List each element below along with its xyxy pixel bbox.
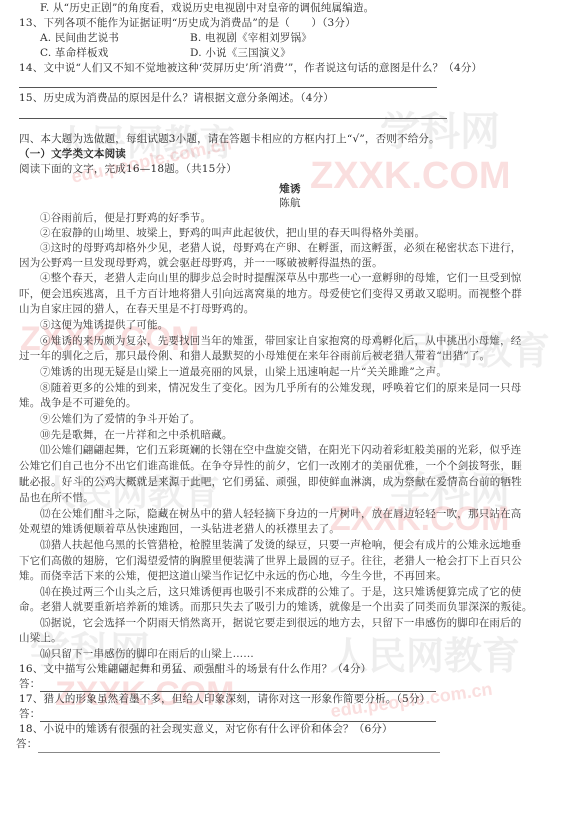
q14-stem: 14、文中说“人们又不知不觉地被这种‘荧屏历史’所‘消费’”，作者说这句话的意图…: [19, 61, 482, 75]
paragraph-line: 吓，便会迅疾逃离，且千方百计地将猎人引向远离窝巢的地方。母爱使它们变得又勇敢又聪…: [19, 287, 522, 301]
paragraph-line: 公雉它们自己也分不出它们谁高谁低。在争夺异性的前夕，它们一改刚才的美丽优雅，一个…: [19, 459, 522, 473]
q12-option-f: F. 从“历史正剧”的角度看，戏说历史电视剧中对皇帝的调侃纯属编造。: [40, 1, 374, 15]
watermark-xuekewang: 学科网: [380, 100, 500, 157]
paragraph-line: 过一年的驯化之后，那只最伶俐、和猎人最默契的小母雉便在来年谷雨前后被老猎人带着“…: [19, 349, 490, 363]
paragraph-line: 雉。战争是不可避免的。: [19, 396, 137, 410]
section4-instruction-text: 四、本大题为选做题，每组试题3小题，请在答题卡相应的方框内打上“√”，否则不给分…: [19, 133, 440, 145]
q13-stem: 13、下列各项不能作为证据证明“历史成为消费品”的是（ ）（3分）: [19, 16, 356, 30]
paragraph-line: 下它们高傲的翅膀，它们渴望爱情的胸膛里便装满了世界上最圆的豆子。往往，老猎人一枪…: [19, 554, 522, 568]
paragraph-line: ⑤这便为雉诱提供了可能。: [40, 318, 168, 332]
paragraph-line: ⒂据说，它会选择一个阴雨天悄然离开，据说它要走到很远的地方去，只留下一串感伤的脚…: [40, 616, 522, 630]
paragraph-line: ④整个春天，老猎人走向山里的脚步总会时时提醒深草丛中那些一心一意孵卵的母雉，它们…: [40, 271, 522, 285]
q18-answer-label: 答：: [16, 737, 37, 751]
paragraph-line: ⒁在换过两三个山头之后，这只雉诱便再也吸引不来成群的公雉了。于是，这只雉诱便算完…: [40, 585, 522, 599]
q15-stem: 15、历史成为消费品的原因是什么？请根据文意分条阐述。（4分）: [19, 91, 334, 105]
paragraph-line: 命。老猎人就要重新培养新的雉诱。而那只失去了吸引力的雉诱，就像是一个出卖了同类而…: [19, 600, 533, 614]
exam-page: ZXXK.COM 学科网 人民网教育 edu.people.com.cn 人民网…: [0, 0, 580, 821]
paragraph-line: ⑩先是歌舞，在一片祥和之中杀机暗藏。: [40, 428, 233, 442]
q15-answer-line[interactable]: [19, 118, 447, 119]
paragraph-line: 山梁上。: [19, 631, 62, 645]
story-author: 陈航: [270, 196, 310, 210]
paragraph-line: 处观望的雉诱便顺着草丛快速跑回，一头钻进老猎人的袄襟里去了。: [19, 522, 340, 536]
paragraph-line: 品也在所不惜。: [19, 491, 94, 505]
paragraph-line: 雉。而侥幸活下来的公雉，便把这道山梁当作记忆中永远的伤心地，今生今世，不再回来。: [19, 569, 447, 583]
paragraph-line: ②在寂静的山坳里、坡梁上，野鸡的叫声此起彼伏，把山里的春天叫得格外美丽。: [40, 226, 425, 240]
paragraph-line: 因为公野鸡一旦发现母野鸡，就会驱赶母野鸡，并一一啄破被孵得温热的蛋。: [19, 256, 383, 270]
paragraph-line: ⑾公雉们翩翩起舞，它们五彩斑斓的长翎在空中盘旋交错，在阳光下闪动着彩虹般美丽的光…: [40, 443, 522, 457]
section4-instruction: 四、本大题为选做题，每组试题3小题，请在答题卡相应的方框内打上“√”，否则不给分…: [19, 132, 440, 146]
q17-stem: 17、猎人的形象虽然着墨不多，但给人印象深刻，请你对这一形象作简要分析。（5分）: [19, 692, 430, 706]
paragraph-line: 眦必报。好斗的公鸡大概就是来源于此吧，它们勇猛、顽强，即使鲜血淋漓，成为祭献在爱…: [19, 475, 522, 489]
paragraph-line: ③这时的母野鸡却格外少见，老猎人说，母野鸡在产卵、在孵蛋，而这孵蛋，必须在秘密状…: [40, 241, 522, 255]
q13-option-d: D. 小说《三国演义》: [190, 46, 291, 60]
story-title: 雉诱: [270, 182, 310, 196]
paragraph-line: ⒀猎人扶起他乌黑的长管猎枪，枪膛里装满了发烫的绿豆，只要一声枪响，便会有成片的公…: [40, 538, 522, 552]
paragraph-line: ⑥雉诱的来历颇为复杂，先要找回当年的雉蛋，带回家让自家抱窝的母鸡孵化后，从中挑出…: [40, 334, 522, 348]
paragraph-line: ⑿在公雉们酣斗之际，隐藏在树丛中的猎人轻轻摘下身边的一片树叶，放在唇边轻轻一吹，…: [40, 507, 522, 521]
q18-stem: 18、小说中的雉诱有很强的社会现实意义，对它你有什么评价和体会？（6分）: [19, 722, 393, 736]
q17-answer-label: 答：: [19, 707, 40, 721]
watermark-zxxk: ZXXK.COM: [310, 155, 511, 198]
paragraph-line: ⑨公雉们为了爱情的争斗开始了。: [40, 412, 201, 426]
q13-option-b: B. 电视剧《宰相刘罗锅》: [190, 31, 312, 45]
reading-prompt: 阅读下面的文字，完成16—18题。（共15分）: [19, 162, 237, 176]
q13-option-a: A. 民间曲艺说书: [40, 31, 119, 45]
q16-stem: 16、文中描写公雉翩翩起舞和勇猛、顽强酣斗的场景有什么作用？（4分）: [19, 662, 371, 676]
paragraph-line: ⑧随着更多的公雉的到来，情况发生了变化。因为几乎所有的公雉发现，呼唤着它们的原来…: [40, 381, 522, 395]
paragraph-line: ⒃只留下一串感伤的脚印在雨后的山梁上……: [40, 647, 254, 661]
q14-answer-line[interactable]: [19, 87, 437, 88]
section4-subsection: （一）文学类文本阅读: [19, 147, 126, 161]
q13-option-c: C. 革命样板戏: [40, 46, 108, 60]
q16-answer-label: 答：: [19, 677, 40, 691]
q18-answer-line[interactable]: [38, 752, 440, 753]
paragraph-line: ⑦雉诱的出现无疑是山梁上一道最亮丽的风景，山梁上迅速响起一片“关关雎雎”之声。: [40, 365, 447, 379]
paragraph-line: ①谷雨前后，便是打野鸡的好季节。: [40, 211, 211, 225]
paragraph-line: 山为自家庄园的猎人，在春天里是不打母野鸡的。: [19, 302, 254, 316]
